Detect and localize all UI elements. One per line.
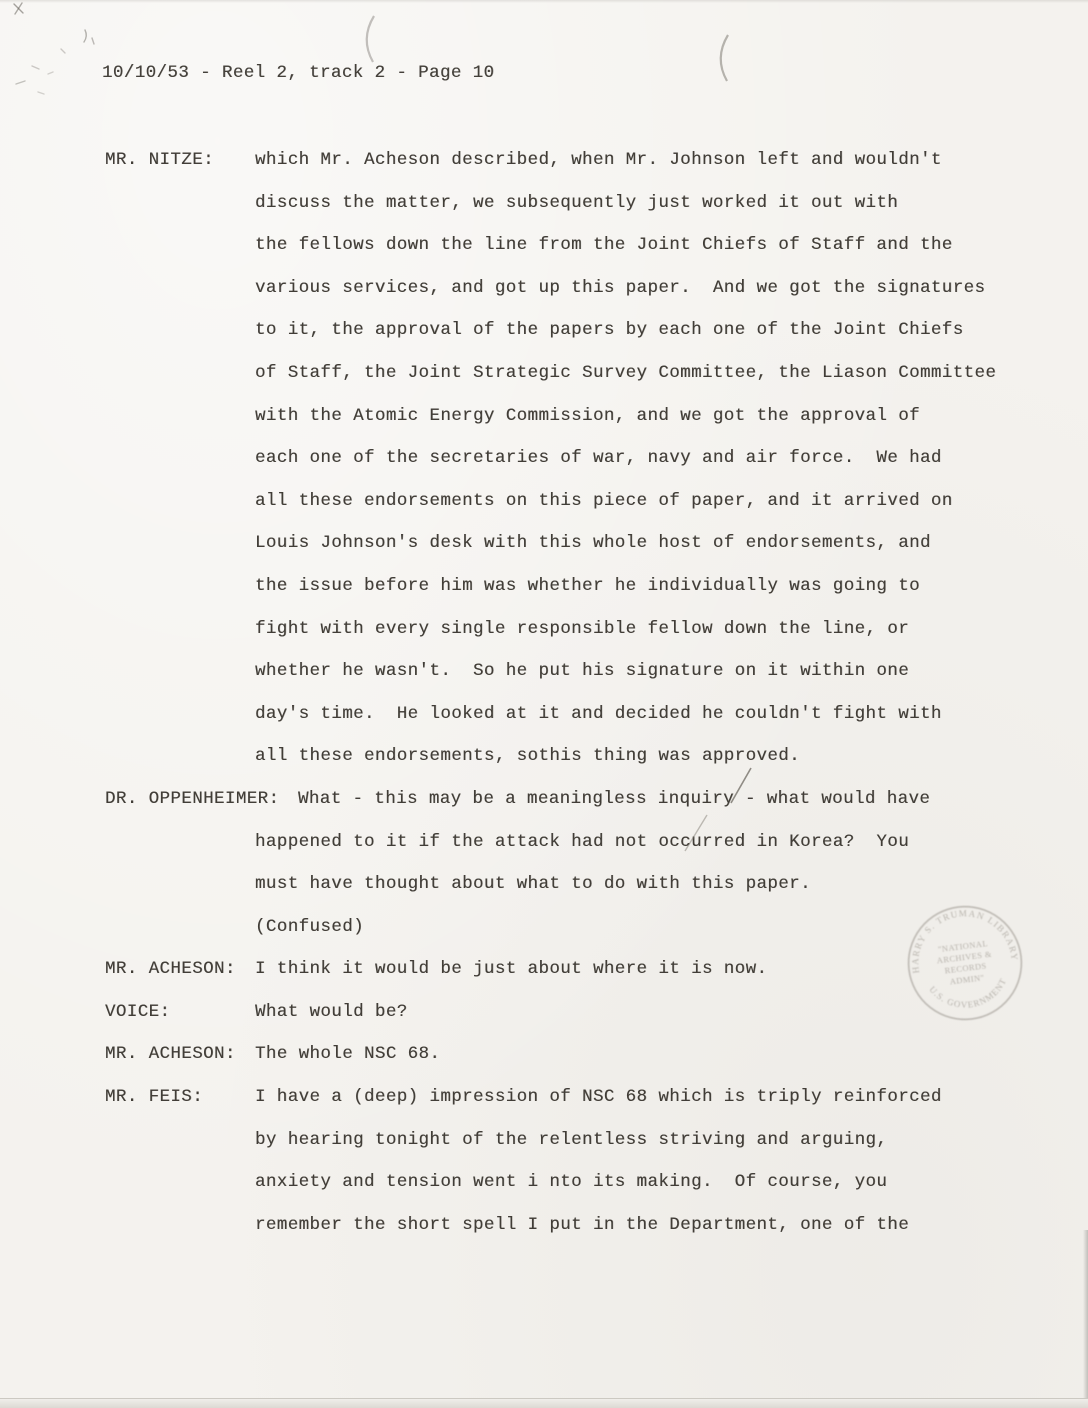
paren-mark [356, 14, 380, 64]
transcript-row: MR. NITZE:which Mr. Acheson described, w… [0, 150, 1088, 193]
paper-edge [0, 1398, 1088, 1408]
transcript-row: whether he wasn't. So he put his signatu… [0, 661, 1088, 704]
transcript-line: What - this may be a meaningless inquiry… [298, 789, 930, 809]
transcript-line: each one of the secretaries of war, navy… [255, 448, 942, 468]
transcript-line: which Mr. Acheson described, when Mr. Jo… [255, 150, 942, 170]
transcript: MR. NITZE:which Mr. Acheson described, w… [0, 150, 1088, 1257]
transcript-row: by hearing tonight of the relentless str… [0, 1130, 1088, 1173]
transcript-row: remember the short spell I put in the De… [0, 1215, 1088, 1258]
transcript-row: anxiety and tension went i nto its makin… [0, 1172, 1088, 1215]
transcript-line: to it, the approval of the papers by eac… [255, 320, 964, 340]
page-header: 10/10/53 - Reel 2, track 2 - Page 10 [102, 63, 494, 83]
transcript-row: Louis Johnson's desk with this whole hos… [0, 533, 1088, 576]
transcript-line: by hearing tonight of the relentless str… [255, 1130, 887, 1150]
speaker-label: VOICE: [105, 1002, 170, 1022]
archives-stamp: HARRY S. TRUMAN LIBRARY U.S. GOVERNMENT … [896, 894, 1034, 1032]
transcript-row: of Staff, the Joint Strategic Survey Com… [0, 363, 1088, 406]
transcript-line: The whole NSC 68. [255, 1044, 440, 1064]
transcript-row: all these endorsements, sothis thing was… [0, 746, 1088, 789]
speaker-label: MR. NITZE: [105, 150, 214, 170]
speaker-label: DR. OPPENHEIMER: [105, 789, 279, 809]
transcript-row: with the Atomic Energy Commission, and w… [0, 406, 1088, 449]
paper-edge [1083, 1230, 1088, 1400]
transcript-row: discuss the matter, we subsequently just… [0, 193, 1088, 236]
transcript-row: fight with every single responsible fell… [0, 619, 1088, 662]
transcript-row: the fellows down the line from the Joint… [0, 235, 1088, 278]
transcript-row: each one of the secretaries of war, navy… [0, 448, 1088, 491]
transcript-line: the fellows down the line from the Joint… [255, 235, 953, 255]
transcript-row: MR. ACHESON:The whole NSC 68. [0, 1044, 1088, 1087]
transcript-line: (Confused) [255, 917, 364, 937]
transcript-row: MR. FEIS:I have a (deep) impression of N… [0, 1087, 1088, 1130]
transcript-line: all these endorsements, sothis thing was… [255, 746, 800, 766]
transcript-line: What would be? [255, 1002, 408, 1022]
transcript-line: whether he wasn't. So he put his signatu… [255, 661, 909, 681]
document-page: 10/10/53 - Reel 2, track 2 - Page 10 MR.… [0, 0, 1088, 1408]
transcript-row: day's time. He looked at it and decided … [0, 704, 1088, 747]
transcript-row: to it, the approval of the papers by eac… [0, 320, 1088, 363]
transcript-line: happened to it if the attack had not occ… [255, 832, 909, 852]
pencil-scribbles [4, 0, 116, 110]
transcript-row: the issue before him was whether he indi… [0, 576, 1088, 619]
pen-slash [680, 812, 710, 854]
transcript-line: remember the short spell I put in the De… [255, 1215, 909, 1235]
transcript-line: all these endorsements on this piece of … [255, 491, 953, 511]
speaker-label: MR. ACHESON: [105, 959, 236, 979]
transcript-row: DR. OPPENHEIMER:What - this may be a mea… [0, 789, 1088, 832]
transcript-row: all these endorsements on this piece of … [0, 491, 1088, 534]
speaker-label: MR. ACHESON: [105, 1044, 236, 1064]
transcript-row: various services, and got up this paper.… [0, 278, 1088, 321]
transcript-line: I have a (deep) impression of NSC 68 whi… [255, 1087, 942, 1107]
transcript-line: fight with every single responsible fell… [255, 619, 909, 639]
transcript-line: the issue before him was whether he indi… [255, 576, 920, 596]
paper-edge [0, 0, 1088, 3]
transcript-line: discuss the matter, we subsequently just… [255, 193, 898, 213]
transcript-line: various services, and got up this paper.… [255, 278, 985, 298]
transcript-line: must have thought about what to do with … [255, 874, 811, 894]
transcript-line: of Staff, the Joint Strategic Survey Com… [255, 363, 996, 383]
paren-mark [710, 33, 734, 83]
transcript-line: I think it would be just about where it … [255, 959, 767, 979]
transcript-line: with the Atomic Energy Commission, and w… [255, 406, 920, 426]
speaker-label: MR. FEIS: [105, 1087, 203, 1107]
pen-slash [726, 766, 754, 806]
transcript-line: anxiety and tension went i nto its makin… [255, 1172, 887, 1192]
transcript-line: Louis Johnson's desk with this whole hos… [255, 533, 931, 553]
transcript-line: day's time. He looked at it and decided … [255, 704, 942, 724]
transcript-row: happened to it if the attack had not occ… [0, 832, 1088, 875]
